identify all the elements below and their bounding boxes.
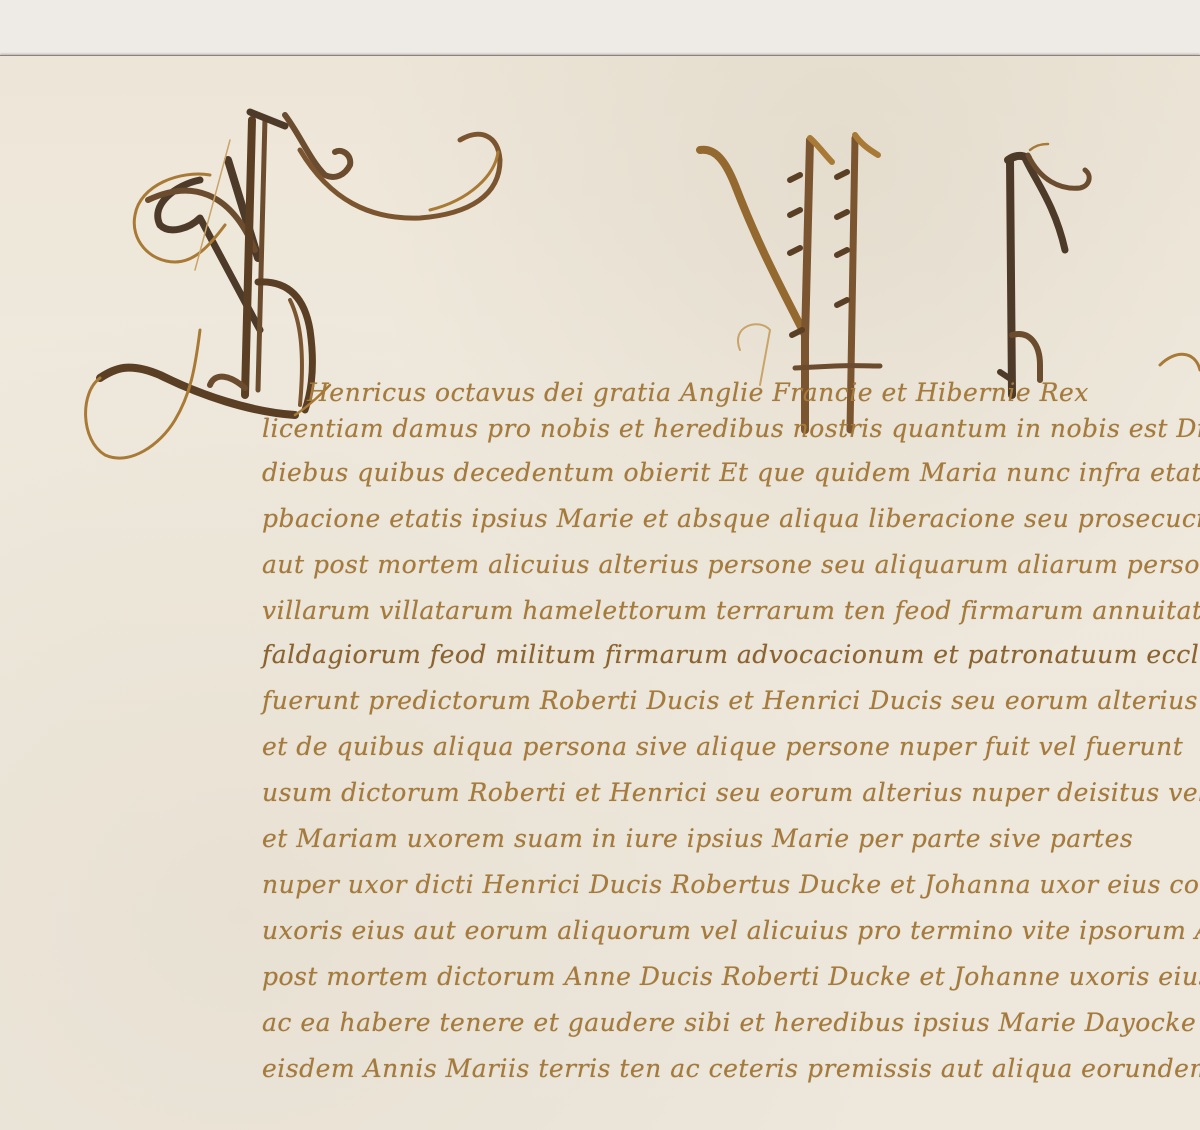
text-line: post mortem dictorum Anne Ducis Roberti … (262, 962, 1200, 991)
text-line: diebus quibus decedentum obierit Et que … (262, 458, 1200, 487)
text-line: ac ea habere tenere et gaudere sibi et h… (262, 1008, 1200, 1037)
text-line: eisdem Annis Mariis terris ten ac ceteri… (262, 1054, 1200, 1083)
text-line: uxoris eius aut eorum aliquorum vel alic… (262, 916, 1200, 945)
text-line: aut post mortem alicuius alterius person… (262, 550, 1200, 579)
text-line: pbacione etatis ipsius Marie et absque a… (262, 504, 1200, 533)
text-line: et de quibus aliqua persona sive alique … (262, 732, 1183, 761)
text-line: fuerunt predictorum Roberti Ducis et Hen… (262, 686, 1200, 715)
text-line: et Mariam uxorem suam in iure ipsius Mar… (262, 824, 1133, 853)
text-line: licentiam damus pro nobis et heredibus n… (262, 414, 1200, 443)
text-line: Henricus octavus dei gratia Anglie Franc… (307, 378, 1089, 407)
text-line: villarum villatarum hamelettorum terraru… (262, 596, 1200, 625)
text-line: faldagiorum feod militum firmarum advoca… (262, 640, 1200, 669)
text-line: usum dictorum Roberti et Henrici seu eor… (262, 778, 1200, 807)
text-line: nuper uxor dicti Henrici Ducis Robertus … (262, 870, 1200, 899)
